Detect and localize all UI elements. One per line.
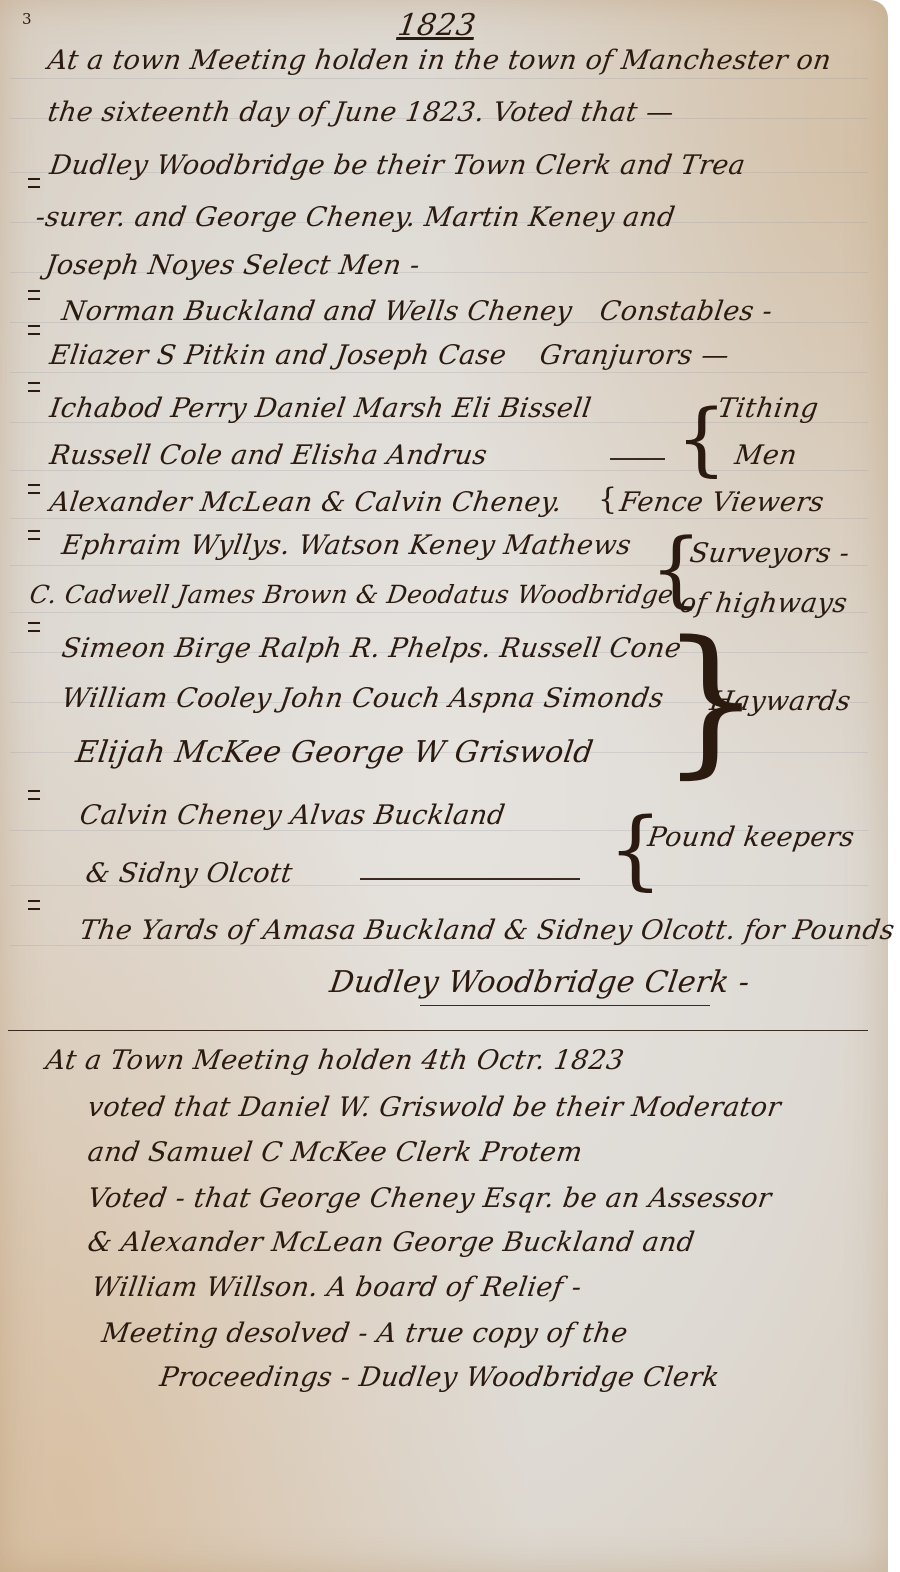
fenceviewers-names: Alexander McLean & Calvin Cheney.: [48, 487, 564, 518]
manuscript-page: 3 1823 At a town Meeting holden in the t…: [0, 0, 888, 1572]
meeting-2-line-4: Voted - that George Cheney Esqr. be an A…: [86, 1183, 774, 1214]
margin-mark: [28, 382, 40, 392]
ruled-line: [10, 78, 868, 79]
ruled-line: [10, 372, 868, 373]
meeting-1-line-3: Dudley Woodbridge be their Town Clerk an…: [48, 150, 748, 181]
haywards-office: Haywards: [708, 686, 853, 717]
surveyors-names-2: C. Cadwell James Brown & Deodatus Woodbr…: [28, 580, 675, 609]
filler-dash: [610, 458, 665, 460]
granjurors-names: Eliazer S Pitkin and Joseph Case: [48, 340, 509, 371]
section-divider: [8, 1030, 868, 1031]
meeting-1-line-1: At a town Meeting holden in the town of …: [46, 45, 833, 76]
poundkeepers-office: Pound keepers: [646, 822, 857, 853]
constables-names: Norman Buckland and Wells Cheney: [60, 296, 574, 327]
constables-office: Constables -: [598, 296, 775, 327]
margin-mark: [28, 178, 40, 188]
year-heading: 1823: [396, 8, 478, 43]
haywards-names-3: Elijah McKee George W Griswold: [74, 735, 596, 770]
tithingmen-office-2: Men: [733, 440, 799, 471]
meeting-1-line-2: the sixteenth day of June 1823. Voted th…: [46, 97, 676, 128]
poundkeepers-names-1: Calvin Cheney Alvas Buckland: [78, 800, 507, 831]
tithingmen-names-2: Russell Cole and Elisha Andrus: [48, 440, 489, 471]
margin-mark: [28, 290, 40, 300]
meeting-2-line-3: and Samuel C McKee Clerk Protem: [86, 1137, 585, 1168]
meeting-2-line-2: voted that Daniel W. Griswold be their M…: [86, 1092, 783, 1123]
margin-mark: [28, 530, 40, 540]
fenceviewers-office: Fence Viewers: [618, 487, 826, 518]
meeting-2-line-7: Meeting desolved - A true copy of the: [100, 1318, 630, 1349]
margin-mark: [28, 790, 40, 800]
brace-icon: {: [598, 482, 617, 517]
ruled-line: [10, 518, 868, 519]
haywards-names-1: Simeon Birge Ralph R. Phelps. Russell Co…: [60, 633, 684, 664]
page-number: 3: [22, 10, 32, 28]
clerk-signature-1: Dudley Woodbridge Clerk -: [328, 965, 752, 1000]
meeting-1-line-5: Joseph Noyes Select Men -: [44, 250, 422, 281]
signature-underline: [420, 1005, 710, 1006]
surveyors-names-1: Ephraim Wyllys. Watson Keney Mathews: [60, 530, 633, 561]
meeting-2-line-1: At a Town Meeting holden 4th Octr. 1823: [44, 1045, 626, 1076]
margin-mark: [28, 325, 40, 335]
margin-mark: [28, 484, 40, 494]
poundkeepers-names-2: & Sidny Olcott: [84, 858, 295, 889]
pounds-line: The Yards of Amasa Buckland & Sidney Olc…: [78, 915, 900, 946]
tithingmen-office-1: Tithing: [716, 393, 821, 424]
margin-mark: [28, 900, 40, 910]
meeting-2-line-8: Proceedings - Dudley Woodbridge Clerk: [158, 1362, 722, 1393]
tithingmen-names-1: Ichabod Perry Daniel Marsh Eli Bissell: [48, 393, 593, 424]
haywards-names-2: William Cooley John Couch Aspna Simonds: [60, 683, 666, 714]
granjurors-office: Granjurors —: [538, 340, 731, 371]
meeting-2-line-5: & Alexander McLean George Buckland and: [86, 1227, 697, 1258]
surveyors-office-1: Surveyors -: [688, 538, 852, 569]
meeting-2-line-6: William Willson. A board of Relief -: [90, 1272, 584, 1303]
filler-line: [360, 878, 580, 880]
margin-mark: [28, 622, 40, 632]
meeting-1-line-4: -surer. and George Cheney. Martin Keney …: [34, 202, 677, 233]
